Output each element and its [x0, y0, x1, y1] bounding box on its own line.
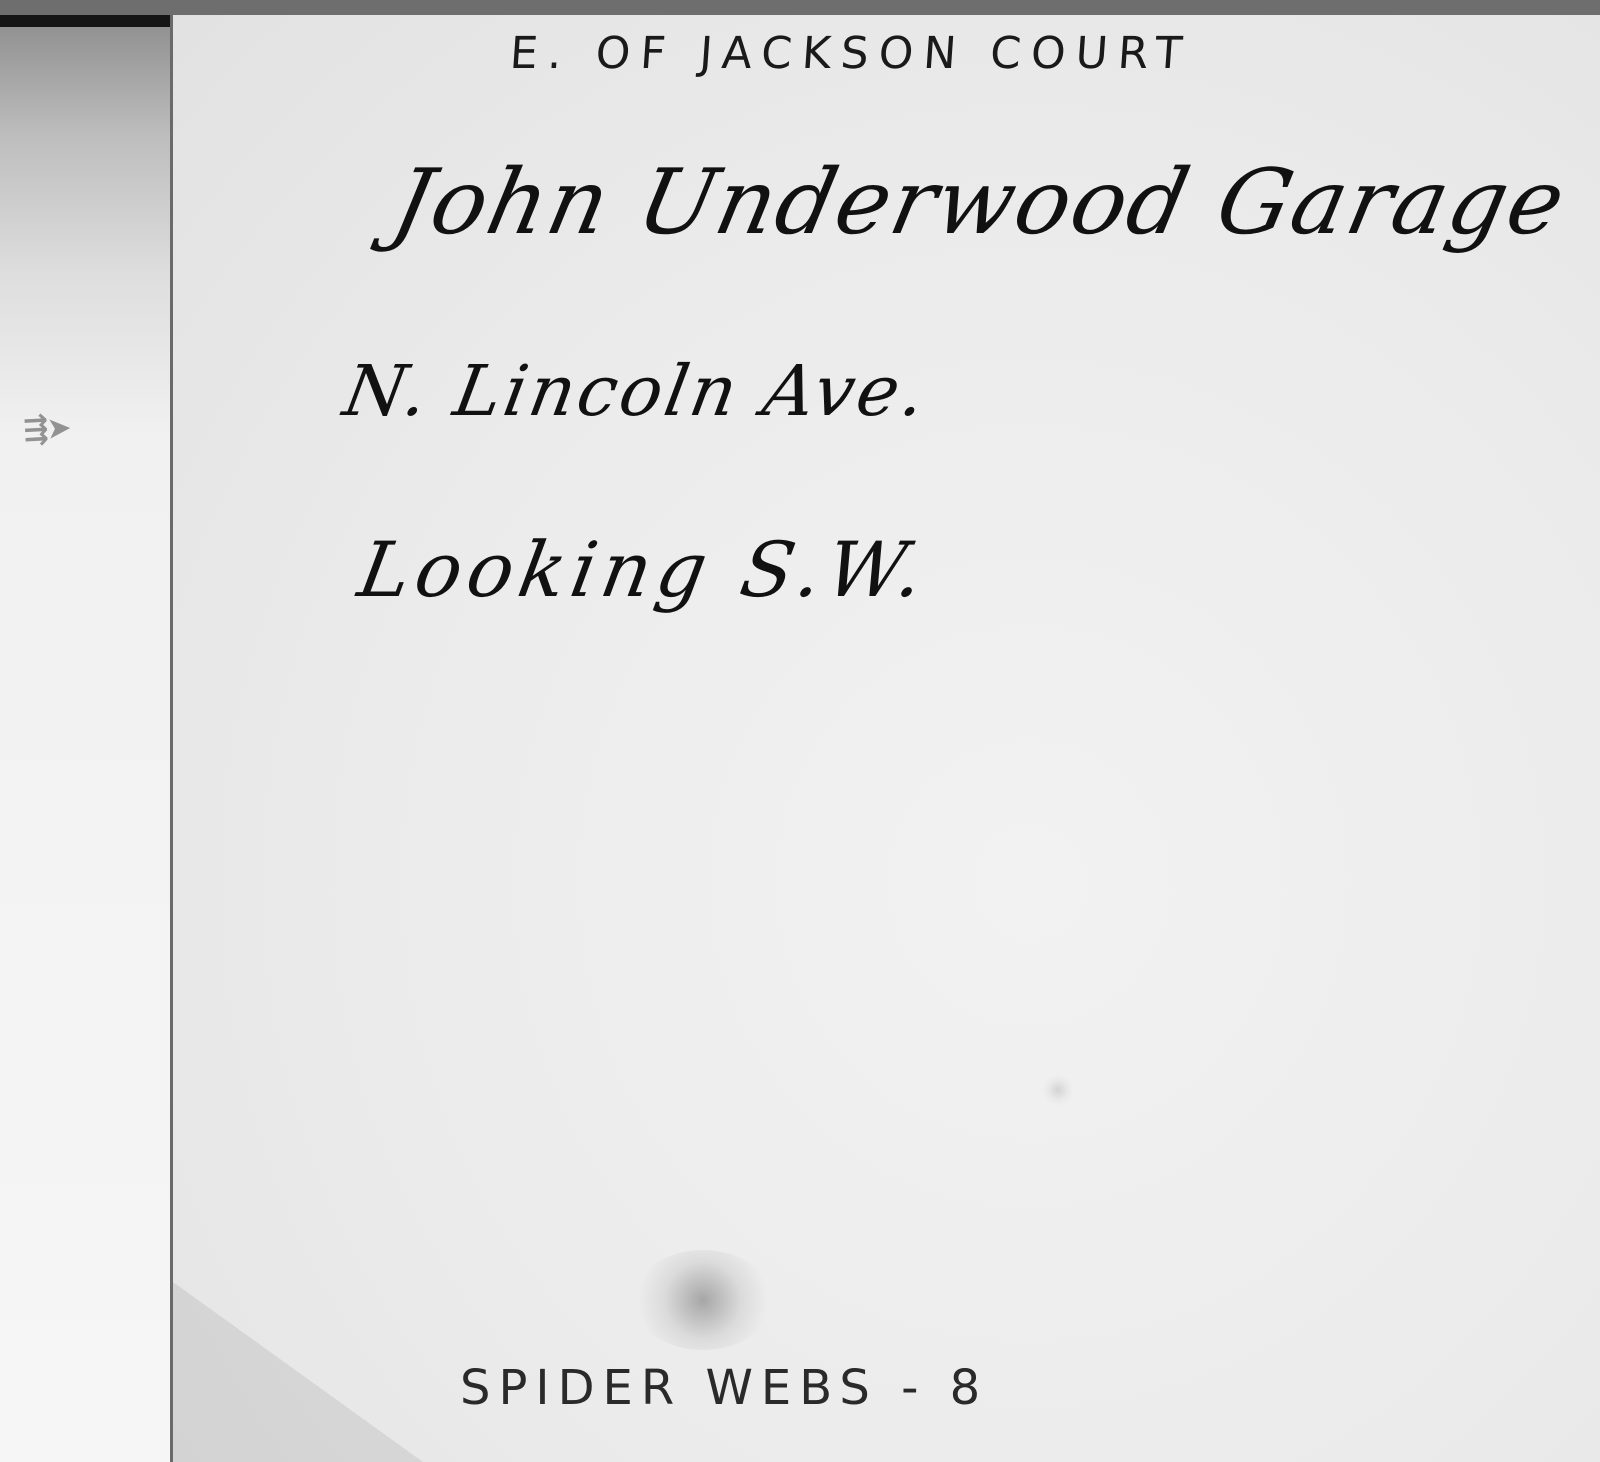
scanner-top-band [0, 0, 1600, 15]
paper-spot [1043, 1075, 1073, 1105]
collection-label-note: SPIDER WEBS - 8 [460, 1360, 988, 1416]
ink-smudge [633, 1250, 773, 1350]
faded-stamp-mark: ⇶➤ [23, 407, 136, 473]
card-corner-fold [173, 1282, 423, 1462]
scan-edge-shadow [0, 15, 170, 27]
view-direction-line: Looking S.W. [352, 525, 936, 614]
adjacent-paper-strip: ⇶➤ [0, 15, 170, 1462]
location-header-note: E. OF JACKSON COURT [508, 28, 1194, 79]
street-address-line: N. Lincoln Ave. [338, 350, 935, 432]
business-name-line: John Underwood Garage [384, 150, 1576, 255]
